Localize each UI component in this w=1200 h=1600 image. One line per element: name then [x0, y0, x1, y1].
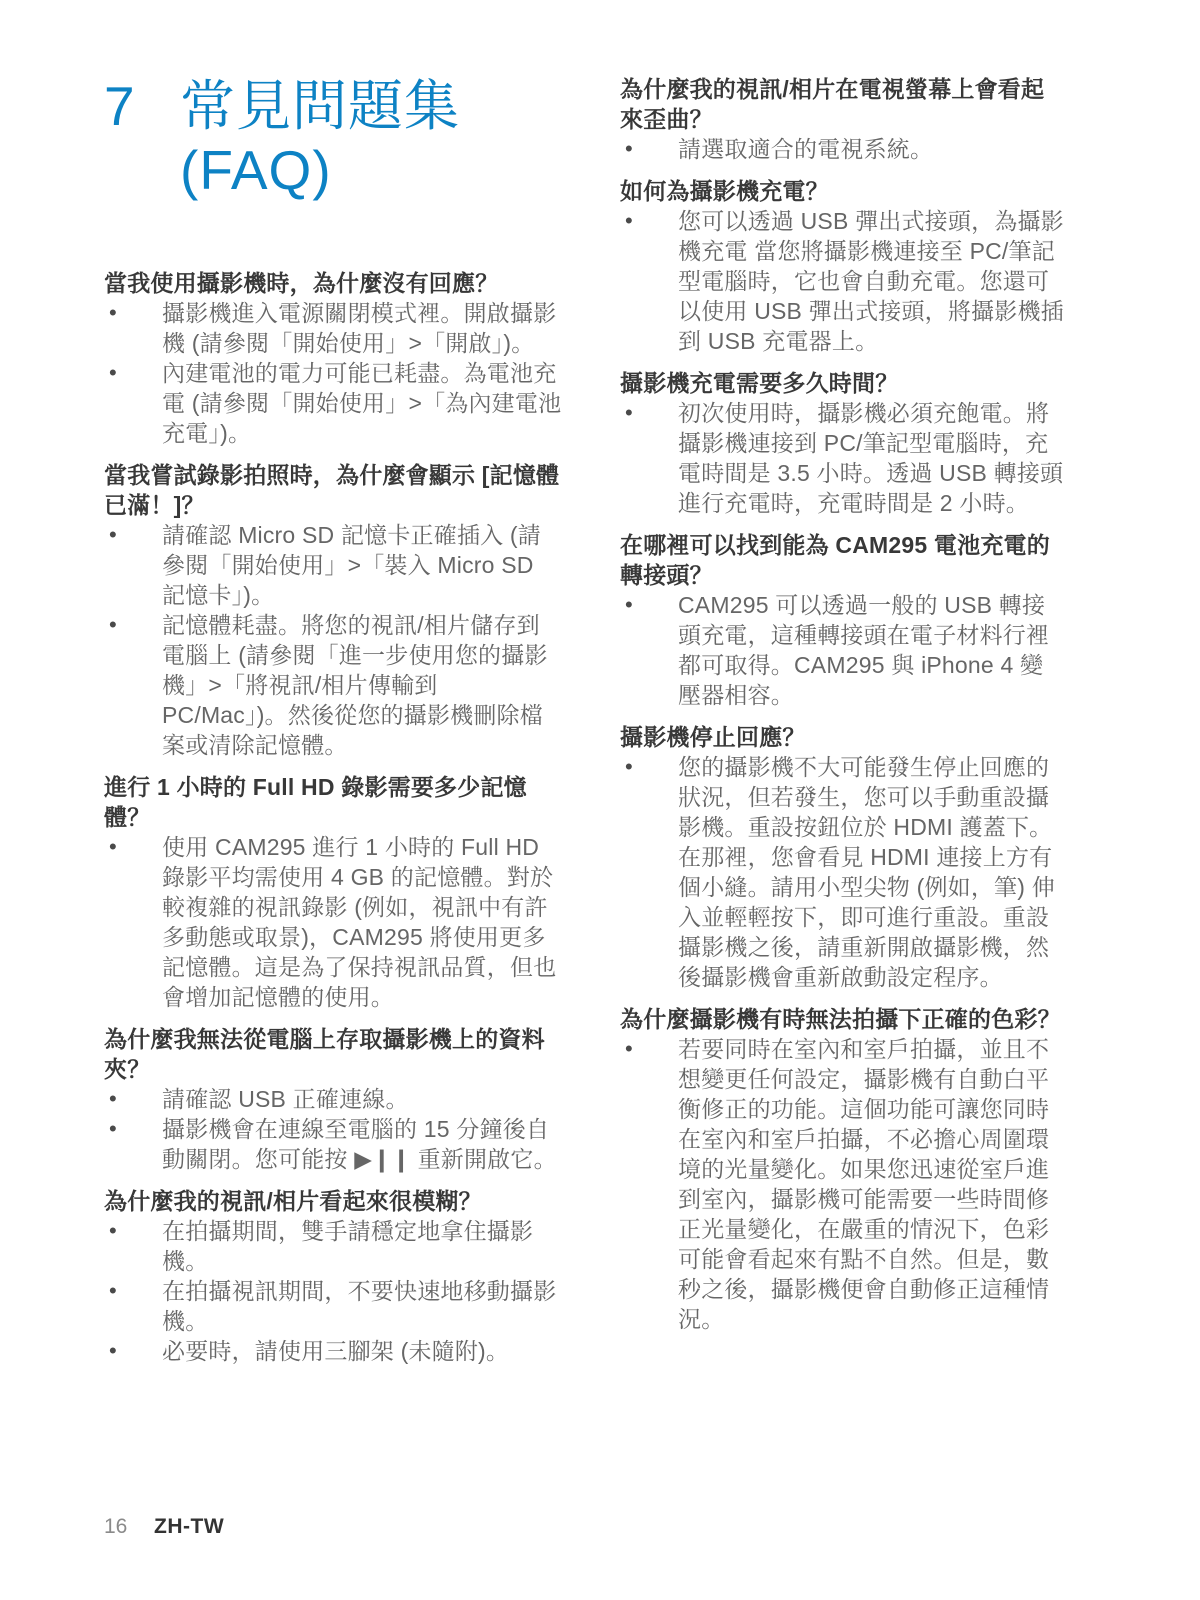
answer-text: 您可以透過 USB 彈出式接頭，為攝影機充電 當您將攝影機連接至 PC/筆記型電…: [678, 206, 1065, 356]
answer-text: 請確認 USB 正確連線。: [162, 1084, 562, 1114]
answer-bullet: • 記憶體耗盡。將您的視訊/相片儲存到電腦上 (請參閱「進一步使用您的攝影機」>…: [104, 610, 562, 760]
answer-text: 請確認 Micro SD 記憶卡正確插入 (請參閱「開始使用」>「裝入 Micr…: [162, 520, 562, 610]
question-heading: 當我使用攝影機時，為什麼沒有回應？: [104, 268, 562, 298]
bullet-icon: •: [104, 1336, 162, 1366]
answer-text: 請選取適合的電視系統。: [678, 134, 1065, 164]
faq-section: 攝影機停止回應？ • 您的攝影機不大可能發生停止回應的狀況，但若發生，您可以手動…: [620, 722, 1065, 992]
faq-section: 在哪裡可以找到能為 CAM295 電池充電的轉接頭？ • CAM295 可以透過…: [620, 530, 1065, 710]
chapter-title-text: 常見問題集(FAQ): [180, 74, 562, 202]
bullet-icon: •: [620, 1034, 678, 1334]
answer-bullet: • 攝影機進入電源關閉模式裡。開啟攝影機 (請參閱「開始使用」>「開啟」)。: [104, 298, 562, 358]
answer-bullet: • 攝影機會在連線至電腦的 15 分鐘後自動關閉。您可能按 ▶❙❙ 重新開啟它。: [104, 1114, 562, 1174]
bullet-icon: •: [620, 752, 678, 992]
answer-text: CAM295 可以透過一般的 USB 轉接頭充電，這種轉接頭在電子材料行裡都可取…: [678, 590, 1065, 710]
faq-section: 攝影機充電需要多久時間？ • 初次使用時，攝影機必須充飽電。將攝影機連接到 PC…: [620, 368, 1065, 518]
answer-bullet: • 您可以透過 USB 彈出式接頭，為攝影機充電 當您將攝影機連接至 PC/筆記…: [620, 206, 1065, 356]
bullet-icon: •: [620, 398, 678, 518]
manual-page: 7 常見問題集(FAQ) 當我使用攝影機時，為什麼沒有回應？ • 攝影機進入電源…: [0, 0, 1200, 1600]
page-number: 16: [104, 1514, 154, 1540]
answer-bullet: • 若要同時在室內和室戶拍攝，並且不想變更任何設定，攝影機有自動白平衡修正的功能…: [620, 1034, 1065, 1334]
question-heading: 為什麼我的視訊/相片看起來很模糊？: [104, 1186, 562, 1216]
question-heading: 如何為攝影機充電？: [620, 176, 1065, 206]
bullet-icon: •: [620, 134, 678, 164]
question-heading: 攝影機停止回應？: [620, 722, 1065, 752]
answer-text: 記憶體耗盡。將您的視訊/相片儲存到電腦上 (請參閱「進一步使用您的攝影機」>「將…: [162, 610, 562, 760]
faq-section: 當我使用攝影機時，為什麼沒有回應？ • 攝影機進入電源關閉模式裡。開啟攝影機 (…: [104, 268, 562, 448]
left-column: 7 常見問題集(FAQ) 當我使用攝影機時，為什麼沒有回應？ • 攝影機進入電源…: [104, 74, 562, 1378]
two-column-layout: 7 常見問題集(FAQ) 當我使用攝影機時，為什麼沒有回應？ • 攝影機進入電源…: [104, 74, 1065, 1378]
question-heading: 為什麼我無法從電腦上存取攝影機上的資料夾？: [104, 1024, 562, 1084]
answer-bullet: • 初次使用時，攝影機必須充飽電。將攝影機連接到 PC/筆記型電腦時，充電時間是…: [620, 398, 1065, 518]
bullet-icon: •: [620, 206, 678, 356]
bullet-icon: •: [620, 590, 678, 710]
question-heading: 攝影機充電需要多久時間？: [620, 368, 1065, 398]
question-heading: 為什麼我的視訊/相片在電視螢幕上會看起來歪曲？: [620, 74, 1065, 134]
chapter-number: 7: [104, 74, 180, 138]
chapter-title: 7 常見問題集(FAQ): [104, 74, 562, 202]
bullet-icon: •: [104, 1216, 162, 1276]
bullet-icon: •: [104, 298, 162, 358]
answer-text: 在拍攝期間，雙手請穩定地拿住攝影機。: [162, 1216, 562, 1276]
answer-bullet: • 內建電池的電力可能已耗盡。為電池充電 (請參閱「開始使用」>「為內建電池充電…: [104, 358, 562, 448]
answer-text: 在拍攝視訊期間，不要快速地移動攝影機。: [162, 1276, 562, 1336]
chapter-title-line1: 常見問題集: [180, 75, 460, 137]
question-heading: 為什麼攝影機有時無法拍攝下正確的色彩？: [620, 1004, 1065, 1034]
bullet-icon: •: [104, 832, 162, 1012]
faq-section: 為什麼我的視訊/相片看起來很模糊？ • 在拍攝期間，雙手請穩定地拿住攝影機。 •…: [104, 1186, 562, 1366]
answer-bullet: • CAM295 可以透過一般的 USB 轉接頭充電，這種轉接頭在電子材料行裡都…: [620, 590, 1065, 710]
bullet-icon: •: [104, 358, 162, 448]
faq-section: 為什麼我無法從電腦上存取攝影機上的資料夾？ • 請確認 USB 正確連線。 • …: [104, 1024, 562, 1174]
answer-text: 必要時，請使用三腳架 (未隨附)。: [162, 1336, 562, 1366]
faq-section: 為什麼我的視訊/相片在電視螢幕上會看起來歪曲？ • 請選取適合的電視系統。: [620, 74, 1065, 164]
bullet-icon: •: [104, 1084, 162, 1114]
answer-bullet: • 請確認 USB 正確連線。: [104, 1084, 562, 1114]
page-footer: 16ZH-TW: [104, 1514, 224, 1540]
answer-bullet: • 使用 CAM295 進行 1 小時的 Full HD 錄影平均需使用 4 G…: [104, 832, 562, 1012]
faq-section: 為什麼攝影機有時無法拍攝下正確的色彩？ • 若要同時在室內和室戶拍攝，並且不想變…: [620, 1004, 1065, 1334]
faq-section: 當我嘗試錄影拍照時，為什麼會顯示 [記憶體已滿！]？ • 請確認 Micro S…: [104, 460, 562, 760]
right-column: 為什麼我的視訊/相片在電視螢幕上會看起來歪曲？ • 請選取適合的電視系統。 如何…: [620, 74, 1065, 1378]
faq-section: 如何為攝影機充電？ • 您可以透過 USB 彈出式接頭，為攝影機充電 當您將攝影…: [620, 176, 1065, 356]
answer-text-with-play-pause-icon: 攝影機會在連線至電腦的 15 分鐘後自動關閉。您可能按 ▶❙❙ 重新開啟它。: [162, 1114, 562, 1174]
chapter-title-line2: (FAQ): [180, 139, 332, 201]
answer-bullet: • 請選取適合的電視系統。: [620, 134, 1065, 164]
answer-bullet: • 您的攝影機不大可能發生停止回應的狀況，但若發生，您可以手動重設攝影機。重設按…: [620, 752, 1065, 992]
question-heading: 在哪裡可以找到能為 CAM295 電池充電的轉接頭？: [620, 530, 1065, 590]
question-heading: 當我嘗試錄影拍照時，為什麼會顯示 [記憶體已滿！]？: [104, 460, 562, 520]
question-heading: 進行 1 小時的 Full HD 錄影需要多少記憶體？: [104, 772, 562, 832]
locale-label: ZH-TW: [154, 1515, 224, 1538]
answer-text: 內建電池的電力可能已耗盡。為電池充電 (請參閱「開始使用」>「為內建電池充電」)…: [162, 358, 562, 448]
answer-text: 使用 CAM295 進行 1 小時的 Full HD 錄影平均需使用 4 GB …: [162, 832, 562, 1012]
answer-bullet: • 必要時，請使用三腳架 (未隨附)。: [104, 1336, 562, 1366]
answer-text: 初次使用時，攝影機必須充飽電。將攝影機連接到 PC/筆記型電腦時，充電時間是 3…: [678, 398, 1065, 518]
answer-bullet: • 在拍攝視訊期間，不要快速地移動攝影機。: [104, 1276, 562, 1336]
answer-bullet: • 在拍攝期間，雙手請穩定地拿住攝影機。: [104, 1216, 562, 1276]
answer-bullet: • 請確認 Micro SD 記憶卡正確插入 (請參閱「開始使用」>「裝入 Mi…: [104, 520, 562, 610]
bullet-icon: •: [104, 610, 162, 760]
bullet-icon: •: [104, 520, 162, 610]
answer-text: 若要同時在室內和室戶拍攝，並且不想變更任何設定，攝影機有自動白平衡修正的功能。這…: [678, 1034, 1065, 1334]
bullet-icon: •: [104, 1114, 162, 1174]
answer-text: 您的攝影機不大可能發生停止回應的狀況，但若發生，您可以手動重設攝影機。重設按鈕位…: [678, 752, 1065, 992]
bullet-icon: •: [104, 1276, 162, 1336]
faq-section: 進行 1 小時的 Full HD 錄影需要多少記憶體？ • 使用 CAM295 …: [104, 772, 562, 1012]
answer-text: 攝影機進入電源關閉模式裡。開啟攝影機 (請參閱「開始使用」>「開啟」)。: [162, 298, 562, 358]
